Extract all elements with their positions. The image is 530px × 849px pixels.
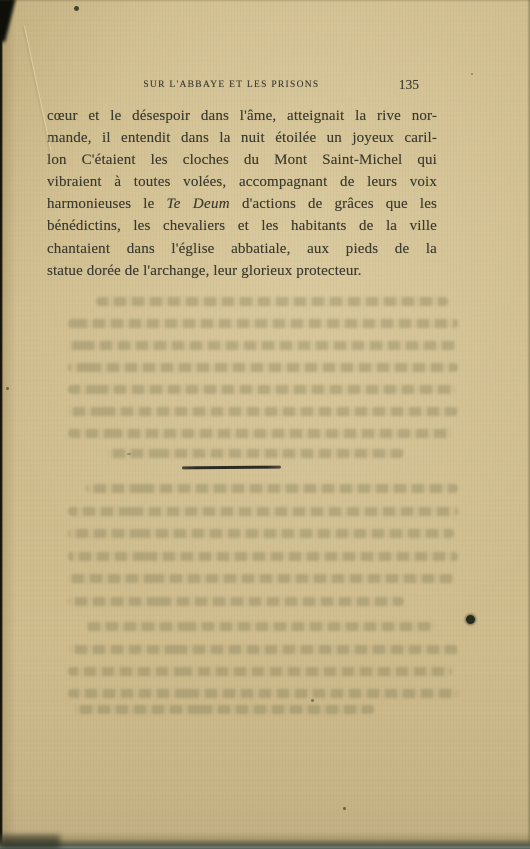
show-through-line — [68, 667, 452, 676]
ink-speck — [311, 699, 314, 702]
text-line: statue dorée de l'archange, leur glorieu… — [47, 260, 437, 282]
show-through-line — [68, 341, 456, 350]
ink-blot — [466, 615, 475, 624]
show-through-line — [70, 645, 458, 654]
show-through-line — [68, 597, 404, 606]
text-line: bénédictins, les chevaliers et les habit… — [47, 215, 437, 237]
text-line: vibraient à toutes volées, accompagnant … — [47, 171, 437, 193]
show-through-line — [68, 407, 458, 416]
show-through-line — [108, 449, 404, 458]
show-through-line — [68, 429, 452, 438]
show-through-line — [68, 507, 458, 516]
ink-speck — [74, 6, 79, 11]
paragraph: cœur et le désespoir dans l'âme, atteign… — [47, 105, 437, 282]
scanned-book-page: SUR L'ABBAYE ET LES PRISONS 135 cœur et … — [0, 0, 530, 849]
show-through-line — [68, 319, 458, 328]
show-through-line — [68, 552, 458, 561]
page-bottom-left-corner — [0, 835, 60, 849]
show-through-line — [68, 363, 458, 372]
page-bottom-edge — [0, 832, 530, 849]
page-number: 135 — [399, 77, 419, 93]
text-line: chantaient dans l'église abbatiale, aux … — [47, 238, 437, 260]
ink-speck — [471, 73, 473, 75]
section-divider-rule — [182, 466, 281, 469]
page-top-edge — [0, 0, 530, 2]
show-through-line — [68, 574, 454, 583]
show-through-line — [96, 297, 448, 306]
text-line: cœur et le désespoir dans l'âme, atteign… — [47, 105, 437, 127]
show-through-line — [74, 705, 374, 714]
show-through-line — [68, 689, 458, 698]
running-title: SUR L'ABBAYE ET LES PRISONS — [143, 80, 319, 90]
page-header: SUR L'ABBAYE ET LES PRISONS 135 — [47, 77, 437, 95]
text-line: lon C'étaient les cloches du Mont Saint-… — [47, 149, 437, 171]
ink-speck — [127, 453, 131, 455]
text-line: harmonieuses le Te Deum d'actions de grâ… — [47, 193, 437, 215]
show-through-line — [68, 385, 456, 394]
show-through-line — [86, 622, 434, 631]
show-through-line — [68, 529, 454, 538]
ink-speck — [343, 807, 346, 810]
page-left-edge — [0, 0, 3, 849]
show-through-line — [86, 484, 458, 493]
text-line: mande, il entendit dans la nuit étoilée … — [47, 127, 437, 149]
